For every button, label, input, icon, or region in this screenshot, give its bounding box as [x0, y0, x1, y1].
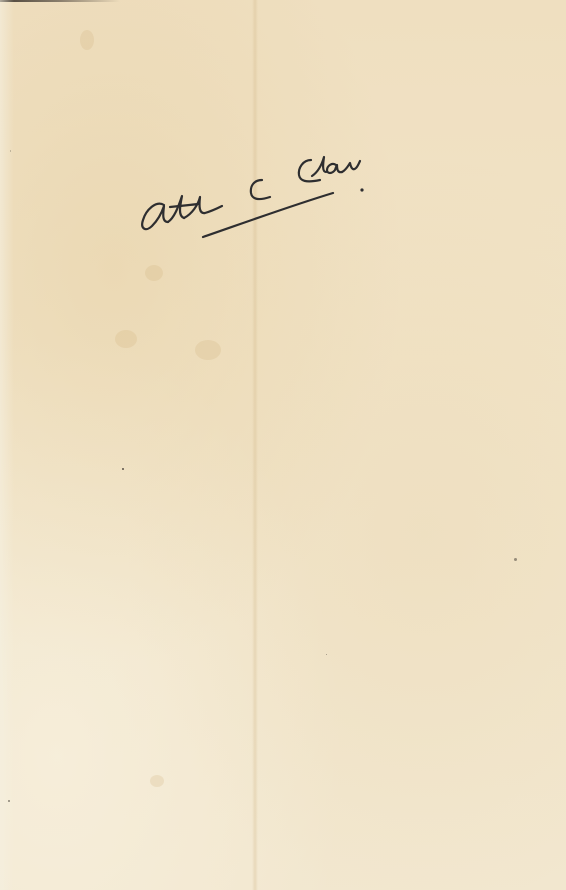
signature-stroke-l	[312, 157, 326, 176]
signature-stroke-h	[184, 197, 222, 218]
signature-underline	[203, 193, 333, 237]
signature-stroke-a2	[327, 164, 342, 173]
signature-stroke-t	[168, 196, 184, 222]
signature-dot	[360, 188, 363, 191]
signature-stroke-a	[142, 204, 168, 229]
signature	[0, 0, 566, 890]
signature-stroke-C	[251, 180, 270, 199]
signature-stroke-t-cross	[170, 204, 198, 207]
scanned-page: Arthur C Clarke	[0, 0, 566, 890]
signature-stroke-rke	[342, 161, 360, 172]
